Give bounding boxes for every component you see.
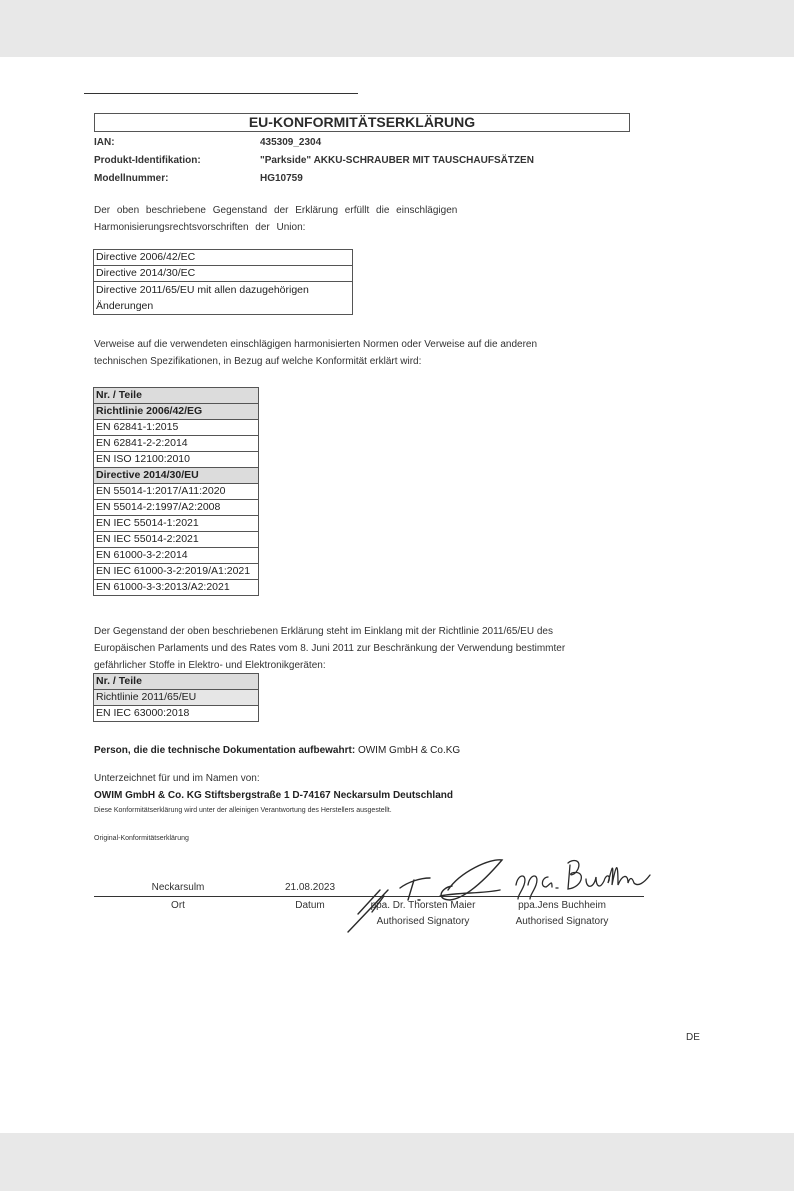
table-cell: EN IEC 63000:2018	[94, 706, 259, 722]
references-line: Verweise auf die verwendeten einschlägig…	[94, 336, 537, 353]
person-value: OWIM GmbH & Co.KG	[358, 745, 460, 756]
person-label: Person, die die technische Dokumentation…	[94, 745, 355, 756]
table-cell: EN IEC 61000-3-2:2019/A1:2021	[94, 564, 259, 580]
table-cell: Nr. / Teile	[94, 388, 259, 404]
technical-documentation-holder: Person, die die technische Dokumentation…	[94, 745, 460, 756]
directive-cell: Directive 2011/65/EU mit allen dazugehör…	[94, 282, 353, 315]
rohs-table: Nr. / TeileRichtlinie 2011/65/EUEN IEC 6…	[93, 673, 259, 722]
signer2-role: Authorised Signatory	[500, 916, 624, 927]
signature-buchheim-icon	[512, 855, 652, 900]
meta-label: Modellnummer:	[94, 173, 168, 184]
signature-maier-icon	[340, 852, 510, 937]
table-cell: Richtlinie 2006/42/EG	[94, 404, 259, 420]
directives-table: Directive 2006/42/EC Directive 2014/30/E…	[93, 249, 353, 315]
signed-for-label: Unterzeichnet für und im Namen von:	[94, 773, 260, 784]
table-row: Richtlinie 2006/42/EG	[94, 404, 259, 420]
references-paragraph: Verweise auf die verwendeten einschlägig…	[94, 336, 537, 370]
directive-line: Änderungen	[96, 298, 350, 314]
rohs-line: Europäischen Parlaments und des Rates vo…	[94, 640, 565, 657]
table-cell: EN 61000-3-2:2014	[94, 548, 259, 564]
table-cell: Directive 2014/30/EU	[94, 468, 259, 484]
table-cell: EN 55014-2:1997/A2:2008	[94, 500, 259, 516]
table-cell: EN 55014-1:2017/A11:2020	[94, 484, 259, 500]
place-label: Ort	[130, 900, 226, 911]
place-value: Neckarsulm	[130, 882, 226, 893]
table-cell: EN IEC 55014-1:2021	[94, 516, 259, 532]
viewer-top-bar	[0, 0, 794, 57]
responsibility-note: Diese Konformitätserklärung wird unter d…	[94, 807, 392, 814]
rohs-paragraph: Der Gegenstand der oben beschriebenen Er…	[94, 623, 565, 674]
viewer-bottom-bar	[0, 1133, 794, 1191]
document-title: EU-KONFORMITÄTSERKLÄRUNG	[94, 113, 630, 132]
table-cell: EN 62841-1:2015	[94, 420, 259, 436]
references-line: technischen Spezifikationen, in Bezug au…	[94, 353, 537, 370]
table-cell: EN 61000-3-3:2013/A2:2021	[94, 580, 259, 596]
table-cell: EN IEC 55014-2:2021	[94, 532, 259, 548]
table-row: EN IEC 61000-3-2:2019/A1:2021	[94, 564, 259, 580]
intro-line: Harmonisierungsrechtsvorschriften der Un…	[94, 219, 457, 236]
table-row: EN 61000-3-2:2014	[94, 548, 259, 564]
meta-label: Produkt-Identifikation:	[94, 155, 201, 166]
table-row: Directive 2014/30/EU	[94, 468, 259, 484]
table-cell: EN ISO 12100:2010	[94, 452, 259, 468]
intro-paragraph: Der oben beschriebene Gegenstand der Erk…	[94, 202, 457, 236]
meta-label: IAN:	[94, 137, 115, 148]
table-row: Nr. / Teile	[94, 388, 259, 404]
meta-value: "Parkside" AKKU-SCHRAUBER MIT TAUSCHAUFS…	[260, 155, 534, 166]
directive-cell: Directive 2006/42/EC	[94, 250, 353, 266]
table-cell: EN 62841-2-2:2014	[94, 436, 259, 452]
table-row: EN ISO 12100:2010	[94, 452, 259, 468]
original-note: Original-Konformitätserklärung	[94, 835, 189, 842]
signer2-name: ppa.Jens Buchheim	[500, 900, 624, 911]
header-rule	[84, 93, 358, 94]
rohs-line: gefährlicher Stoffe in Elektro- und Elek…	[94, 657, 565, 674]
table-row: Nr. / Teile	[94, 674, 259, 690]
table-cell: Richtlinie 2011/65/EU	[94, 690, 259, 706]
table-row: EN 62841-2-2:2014	[94, 436, 259, 452]
table-row: EN 62841-1:2015	[94, 420, 259, 436]
directive-line: Directive 2011/65/EU mit allen dazugehör…	[96, 282, 350, 298]
standards-table: Nr. / TeileRichtlinie 2006/42/EGEN 62841…	[93, 387, 259, 596]
company-address: OWIM GmbH & Co. KG Stiftsbergstraße 1 D-…	[94, 790, 453, 801]
table-row: EN 61000-3-3:2013/A2:2021	[94, 580, 259, 596]
rohs-line: Der Gegenstand der oben beschriebenen Er…	[94, 623, 565, 640]
intro-line: Der oben beschriebene Gegenstand der Erk…	[94, 202, 457, 219]
meta-value: 435309_2304	[260, 137, 321, 148]
table-row: EN 55014-2:1997/A2:2008	[94, 500, 259, 516]
table-cell: Nr. / Teile	[94, 674, 259, 690]
table-row: EN IEC 63000:2018	[94, 706, 259, 722]
directive-cell: Directive 2014/30/EC	[94, 266, 353, 282]
table-row: EN 55014-1:2017/A11:2020	[94, 484, 259, 500]
table-row: Richtlinie 2011/65/EU	[94, 690, 259, 706]
language-code: DE	[686, 1032, 700, 1043]
meta-value: HG10759	[260, 173, 303, 184]
table-row: EN IEC 55014-2:2021	[94, 532, 259, 548]
table-row: EN IEC 55014-1:2021	[94, 516, 259, 532]
